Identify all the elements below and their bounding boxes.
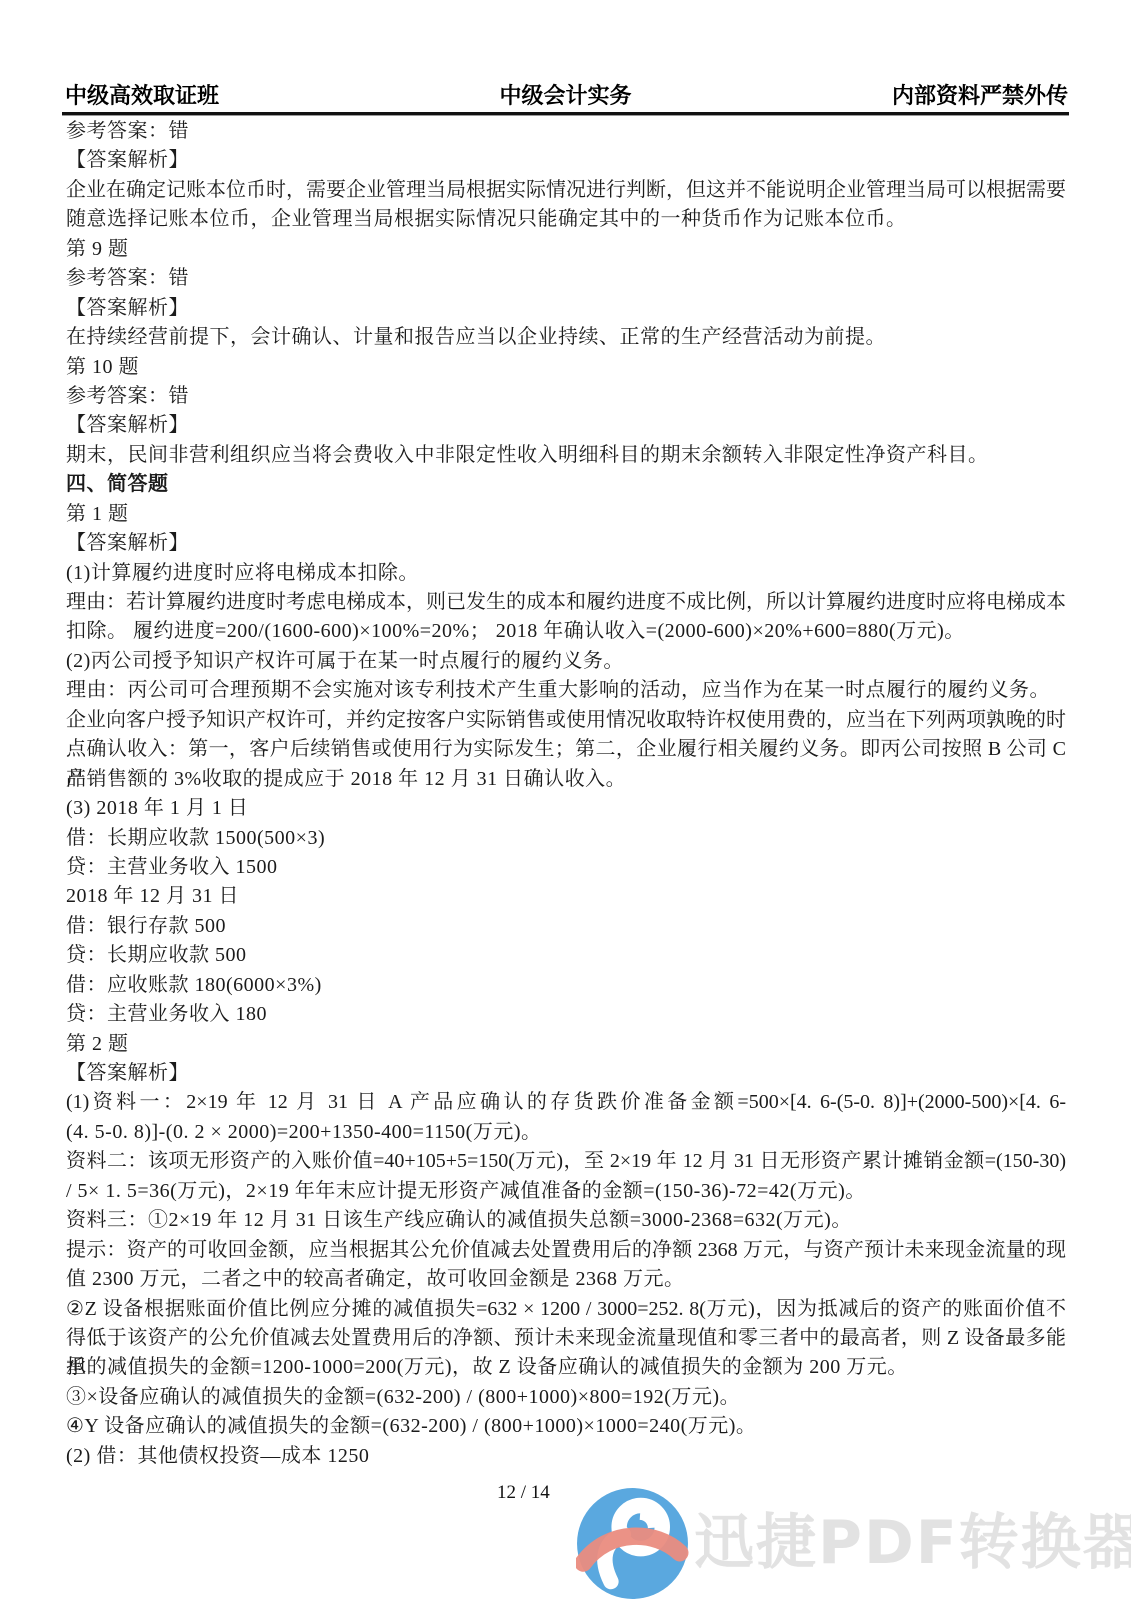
text-line: (3) 2018 年 1 月 1 日: [66, 794, 1066, 823]
text-line: 得低于该资产的公允价值减去处置费用后的净额、预计未来现金流量现值和零三者中的最高…: [66, 1324, 1066, 1353]
text-line: 企业在确定记账本位币时，需要企业管理当局根据实际情况进行判断，但这并不能说明企业…: [66, 176, 1066, 205]
text-line: ③×设备应确认的减值损失的金额=(632-200) / (800+1000)×8…: [66, 1383, 1066, 1412]
text-line: (2)丙公司授予知识产权许可属于在某一时点履行的履约义务。: [66, 647, 1066, 676]
text-line: 扣除。 履约进度=200/(1600-600)×100%=20%； 2018 年…: [66, 617, 1066, 646]
text-line: 2018 年 12 月 31 日: [66, 882, 1066, 911]
text-line: (2) 借：其他债权投资—成本 1250: [66, 1442, 1066, 1471]
text-line: 四、简答题: [66, 470, 1066, 499]
text-line: 值 2300 万元，二者之中的较高者确定，故可收回金额是 2368 万元。: [66, 1265, 1066, 1294]
text-line: 第 1 题: [66, 500, 1066, 529]
text-line: 提示：资产的可收回金额，应当根据其公允价值减去处置费用后的净额 2368 万元，…: [66, 1236, 1066, 1265]
text-line: 理由：丙公司可合理预期不会实施对该专利技术产生重大影响的活动，应当作为在某一时点…: [66, 676, 1066, 705]
text-line: 理由：若计算履约进度时考虑电梯成本，则已发生的成本和履约进度不成比例，所以计算履…: [66, 588, 1066, 617]
text-line: / 5× 1. 5=36(万元)，2×19 年年末应计提无形资产减值准备的金额=…: [66, 1177, 1066, 1206]
text-line: ④Y 设备应确认的减值损失的金额=(632-200) / (800+1000)×…: [66, 1412, 1066, 1441]
text-line: 借：长期应收款 1500(500×3): [66, 824, 1066, 853]
text-line: ②Z 设备根据账面价值比例应分摊的减值损失=632 × 1200 / 3000=…: [66, 1295, 1066, 1324]
text-line: 在持续经营前提下，会计确认、计量和报告应当以企业持续、正常的生产经营活动为前提。: [66, 323, 1066, 352]
text-line: 担的减值损失的金额=1200-1000=200(万元)，故 Z 设备应确认的减值…: [66, 1353, 1066, 1382]
text-line: (4. 5-0. 8)]-(0. 2 × 2000)=200+1350-400=…: [66, 1118, 1066, 1147]
text-line: 【答案解析】: [66, 294, 1066, 323]
document-body: 参考答案：错【答案解析】企业在确定记账本位币时，需要企业管理当局根据实际情况进行…: [66, 117, 1066, 1471]
text-line: 【答案解析】: [66, 411, 1066, 440]
text-line: 第 2 题: [66, 1030, 1066, 1059]
text-line: 点确认收入：第一，客户后续销售或使用行为实际发生；第二，企业履行相关履约义务。即…: [66, 735, 1066, 764]
watermark-text: 迅捷PDF转换器: [694, 1493, 1131, 1593]
text-line: 参考答案：错: [66, 117, 1066, 146]
text-line: 品销售额的 3%收取的提成应于 2018 年 12 月 31 日确认收入。: [66, 765, 1066, 794]
text-line: 【答案解析】: [66, 529, 1066, 558]
pdf-converter-watermark: 迅捷PDF转换器: [576, 1487, 1131, 1600]
text-line: 企业向客户授予知识产权许可，并约定按客户实际销售或使用情况收取特许权使用费的，应…: [66, 706, 1066, 735]
text-line: 参考答案：错: [66, 382, 1066, 411]
text-line: 资料二：该项无形资产的入账价值=40+105+5=150(万元)，至 2×19 …: [66, 1147, 1066, 1176]
text-line: 第 10 题: [66, 353, 1066, 382]
text-line: (1)计算履约进度时应将电梯成本扣除。: [66, 559, 1066, 588]
pdf-converter-logo-icon: [576, 1487, 689, 1600]
text-line: 贷：主营业务收入 180: [66, 1000, 1066, 1029]
text-line: 第 9 题: [66, 235, 1066, 264]
text-line: 【答案解析】: [66, 1059, 1066, 1088]
document-page: 中级高效取证班 中级会计实务 内部资料严禁外传 参考答案：错【答案解析】企业在确…: [0, 0, 1131, 1600]
page-number: 12 / 14: [497, 1482, 550, 1504]
text-line: 借：银行存款 500: [66, 912, 1066, 941]
page-header: 中级高效取证班 中级会计实务 内部资料严禁外传: [63, 83, 1068, 109]
header-confidential-notice: 内部资料严禁外传: [892, 83, 1068, 109]
text-line: 资料三：①2×19 年 12 月 31 日该生产线应确认的减值损失总额=3000…: [66, 1206, 1066, 1235]
text-line: 贷：主营业务收入 1500: [66, 853, 1066, 882]
text-line: 【答案解析】: [66, 146, 1066, 175]
text-line: 参考答案：错: [66, 264, 1066, 293]
text-line: 期末，民间非营利组织应当将会费收入中非限定性收入明细科目的期末余额转入非限定性净…: [66, 441, 1066, 470]
text-line: (1)资料一：2×19 年 12 月 31 日 A 产品应确认的存货跌价准备金额…: [66, 1088, 1066, 1117]
text-line: 借：应收账款 180(6000×3%): [66, 971, 1066, 1000]
header-divider: [62, 112, 1069, 116]
text-line: 贷：长期应收款 500: [66, 941, 1066, 970]
text-line: 随意选择记账本位币，企业管理当局根据实际情况只能确定其中的一种货币作为记账本位币…: [66, 205, 1066, 234]
